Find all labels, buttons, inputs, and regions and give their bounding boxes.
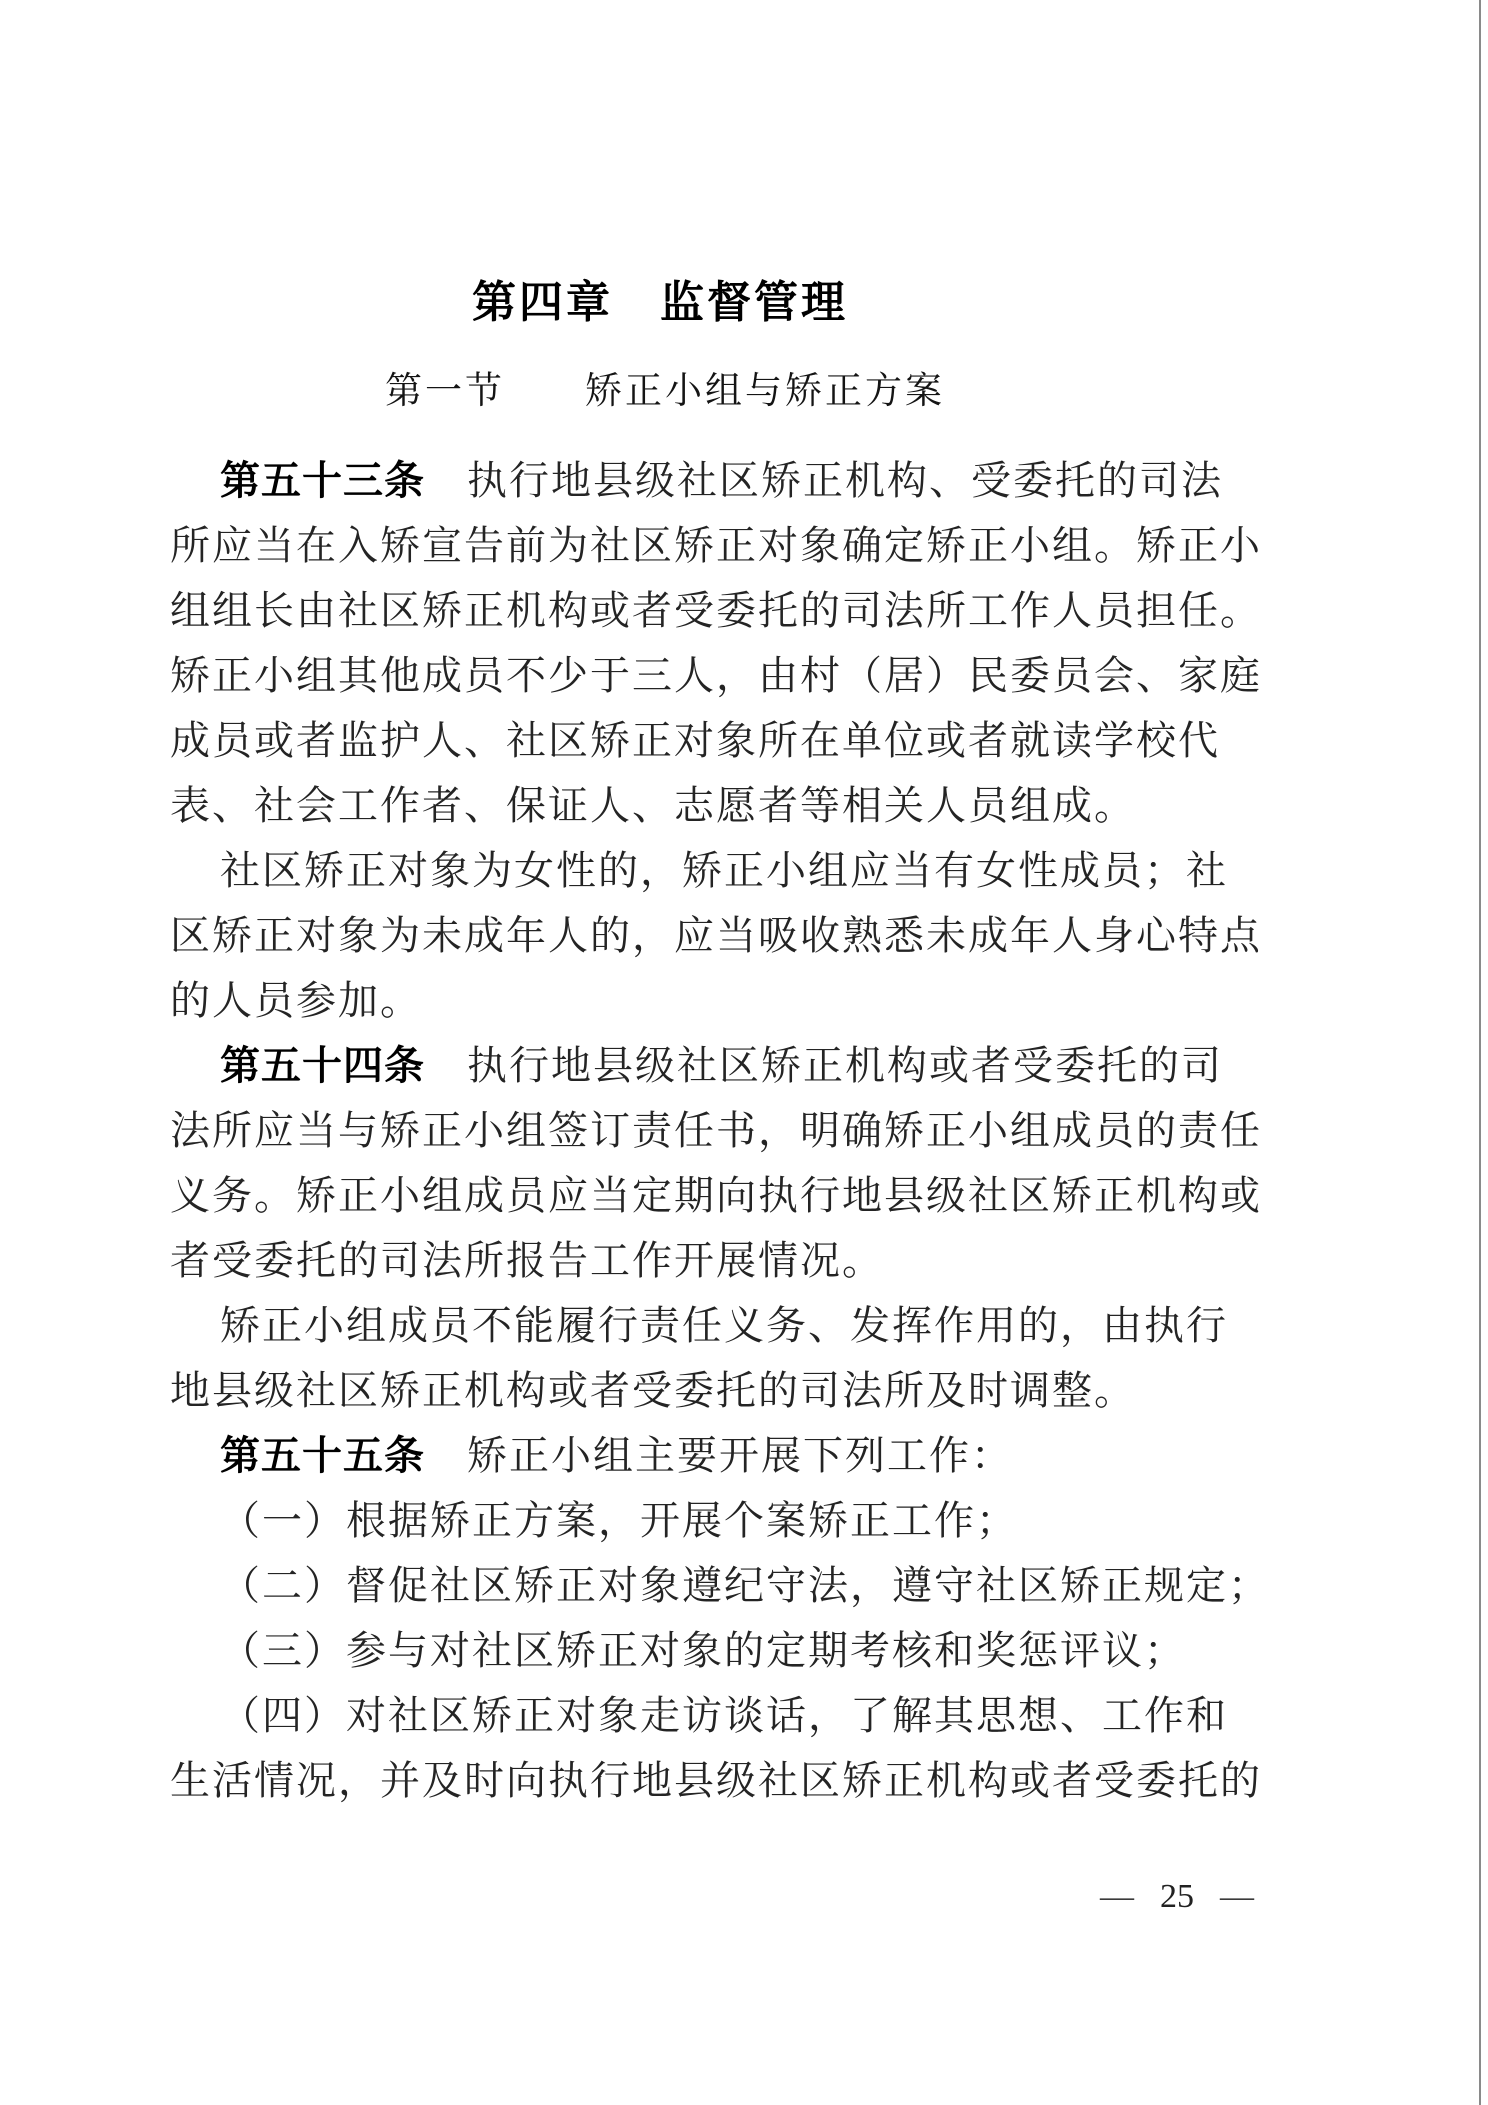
text-line: 义务。矫正小组成员应当定期向执行地县级社区矫正机构或	[170, 1163, 1300, 1228]
text-line: （二）督促社区矫正对象遵纪守法，遵守社区矫正规定；	[170, 1553, 1300, 1618]
document-body: 第五十三条 执行地县级社区矫正机构、受委托的司法所应当在入矫宣告前为社区矫正对象…	[170, 448, 1300, 1813]
text-line: （三）参与对社区矫正对象的定期考核和奖惩评议；	[170, 1618, 1300, 1683]
page-number: 25	[1160, 1878, 1194, 1916]
text-line: 矫正小组其他成员不少于三人，由村（居）民委员会、家庭	[170, 643, 1300, 708]
page-footer: — 25 —	[1100, 1878, 1254, 1916]
article-number: 第五十四条	[220, 1044, 425, 1088]
text-line: 区矫正对象为未成年人的，应当吸收熟悉未成年人身心特点	[170, 903, 1300, 968]
footer-right-dash: —	[1220, 1878, 1254, 1916]
text-line: 第五十四条 执行地县级社区矫正机构或者受委托的司	[170, 1033, 1300, 1098]
text-line: 的人员参加。	[170, 968, 1300, 1033]
text-line: 者受委托的司法所报告工作开展情况。	[170, 1228, 1300, 1293]
text-line: 成员或者监护人、社区矫正对象所在单位或者就读学校代	[170, 708, 1300, 773]
text-line: （四）对社区矫正对象走访谈话，了解其思想、工作和	[170, 1683, 1300, 1748]
text-line: （一）根据矫正方案，开展个案矫正工作；	[170, 1488, 1300, 1553]
text-line: 矫正小组成员不能履行责任义务、发挥作用的，由执行	[170, 1293, 1300, 1358]
text-line: 所应当在入矫宣告前为社区矫正对象确定矫正小组。矫正小	[170, 513, 1300, 578]
footer-left-dash: —	[1100, 1878, 1134, 1916]
scan-edge-line	[1479, 0, 1481, 2105]
text-line: 地县级社区矫正机构或者受委托的司法所及时调整。	[170, 1358, 1300, 1423]
text-line: 社区矫正对象为女性的，矫正小组应当有女性成员；社	[170, 838, 1300, 903]
article-number: 第五十五条	[220, 1434, 425, 1478]
text-line: 组组长由社区矫正机构或者受委托的司法所工作人员担任。	[170, 578, 1300, 643]
text-line: 生活情况，并及时向执行地县级社区矫正机构或者受委托的	[170, 1748, 1300, 1813]
article-number: 第五十三条	[220, 459, 425, 503]
chapter-title: 第四章 监督管理	[0, 266, 1320, 330]
text-line: 法所应当与矫正小组签订责任书，明确矫正小组成员的责任	[170, 1098, 1300, 1163]
document-page: 第四章 监督管理 第一节 矫正小组与矫正方案 第五十三条 执行地县级社区矫正机构…	[0, 0, 1488, 2105]
text-line: 第五十五条 矫正小组主要开展下列工作：	[170, 1423, 1300, 1488]
text-line: 表、社会工作者、保证人、志愿者等相关人员组成。	[170, 773, 1300, 838]
text-line: 第五十三条 执行地县级社区矫正机构、受委托的司法	[170, 448, 1300, 513]
section-title: 第一节 矫正小组与矫正方案	[0, 360, 1330, 414]
